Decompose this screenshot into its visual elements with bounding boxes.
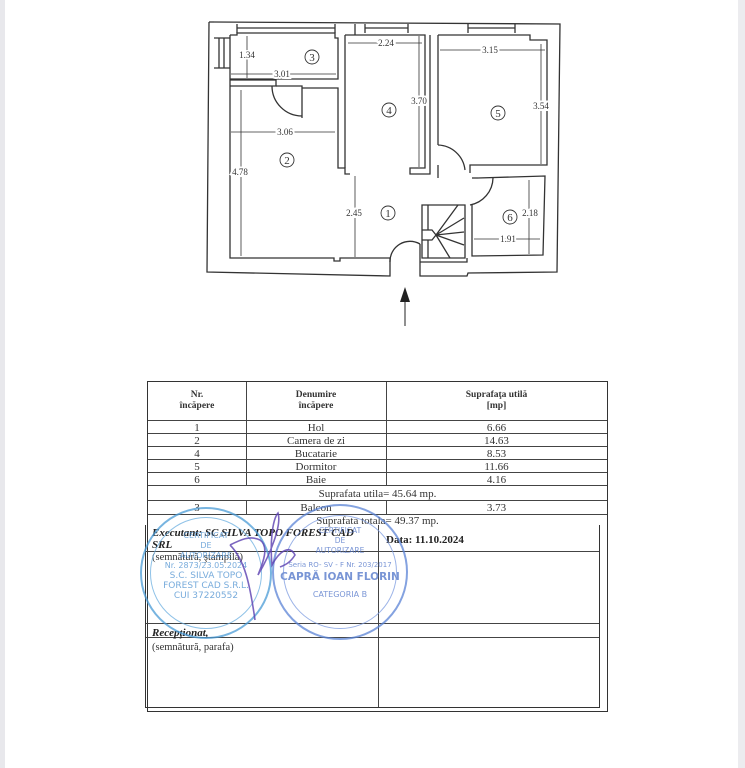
col-divider xyxy=(386,500,387,514)
room-number-6: 6 xyxy=(507,212,513,224)
table-row: 5 Dormitor 11.66 xyxy=(148,459,607,473)
header-name: Denumire încăpere xyxy=(246,382,386,420)
table-row: 6 Baie 4.16 xyxy=(148,472,607,486)
dim-r2-height: 4.78 xyxy=(232,167,248,177)
room-number-5: 5 xyxy=(495,108,501,120)
table-row: 2 Camera de zi 14.63 xyxy=(148,433,607,447)
dim-r2-width: 3.06 xyxy=(277,127,293,137)
subtotal-row: Suprafata utila= 45.64 mp. xyxy=(148,485,607,501)
room-number-2: 2 xyxy=(284,155,290,167)
floor-plan: 1.34 3.01 2.24 3.70 3.15 3.54 3.06 4.78 … xyxy=(0,0,745,370)
col-divider xyxy=(386,382,387,485)
table-row: 1 Hol 6.66 xyxy=(148,420,607,434)
table-row: 4 Bucatarie 8.53 xyxy=(148,446,607,460)
dim-r3-height: 1.34 xyxy=(239,50,255,60)
arrow-up-icon xyxy=(400,287,410,326)
table-header: Nr. încăpere Denumire încăpere Suprafaţa… xyxy=(148,382,607,420)
col-divider xyxy=(246,382,247,485)
room-number-3: 3 xyxy=(309,52,315,64)
room-number-1: 1 xyxy=(385,208,391,220)
signature-scribble xyxy=(200,505,320,625)
dim-r6-width: 1.91 xyxy=(500,234,516,244)
dim-r4-width: 2.24 xyxy=(378,38,394,48)
dim-r1-height: 2.45 xyxy=(346,208,362,218)
dim-r4-height: 3.70 xyxy=(411,96,427,106)
header-nr: Nr. încăpere xyxy=(148,382,246,420)
header-area: Suprafaţa utilă [mp] xyxy=(386,382,607,420)
dim-r5-height: 3.54 xyxy=(533,101,549,111)
dim-r3-width: 3.01 xyxy=(274,69,290,79)
receptionat-sub: (semnătură, parafa) xyxy=(152,642,234,653)
dim-r6-height: 2.18 xyxy=(522,208,538,218)
room-number-4: 4 xyxy=(386,105,392,117)
dim-r5-width: 3.15 xyxy=(482,45,498,55)
